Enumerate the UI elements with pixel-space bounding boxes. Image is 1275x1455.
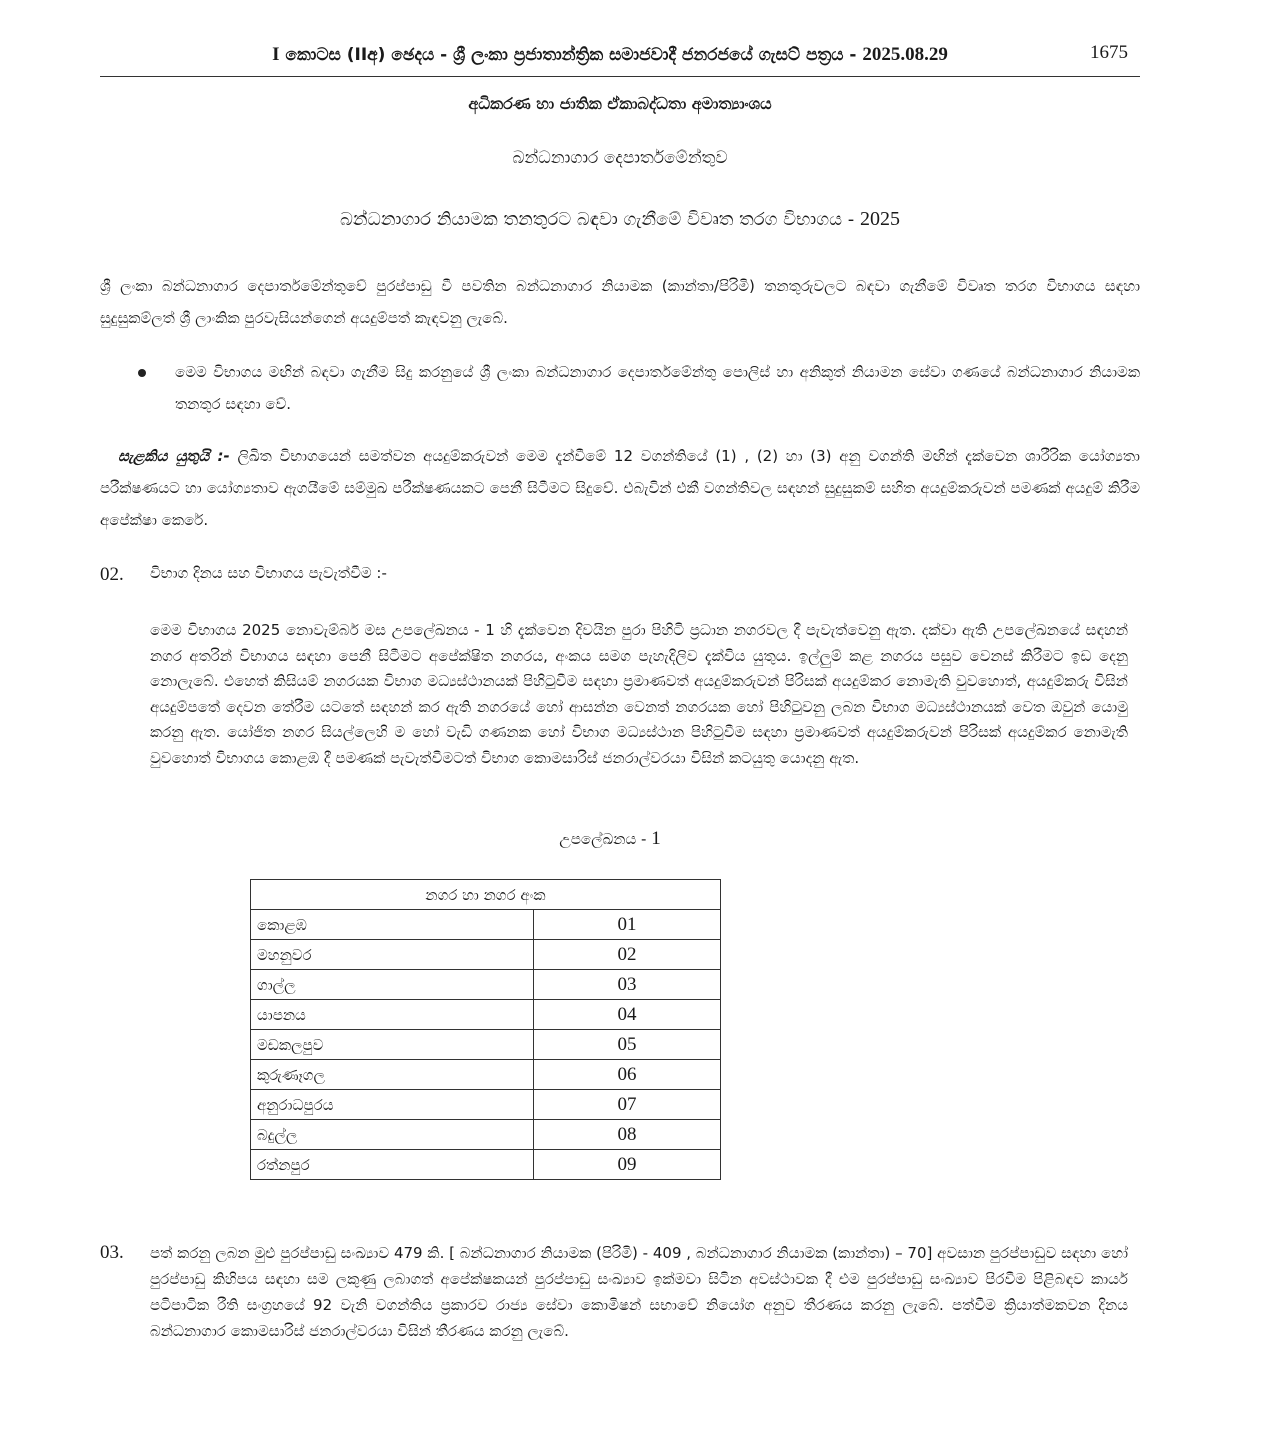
table-row: බදුල්ල08 <box>251 1120 721 1150</box>
city-name: යාපනය <box>251 1000 534 1030</box>
annex-title: උපලේඛනය - 1 <box>520 828 700 850</box>
city-name: ගාල්ල <box>251 970 534 1000</box>
note-label: සැළකිය යුතුයි :- <box>118 447 230 465</box>
annex-title-text: උපලේඛනය - <box>559 830 646 848</box>
table-row: කුරුණෑගල06 <box>251 1060 721 1090</box>
section-2-number: 02. <box>100 564 124 586</box>
city-name: බදුල්ල <box>251 1120 534 1150</box>
header-title-text: කොටස (IIඅ) ඡෙදය - ශ්‍රී ලංකා ප්‍රජාතාන්ත… <box>285 45 856 65</box>
city-name: මඩකලපුව <box>251 1030 534 1060</box>
table-header: නගර හා නගර අංක <box>251 880 721 910</box>
gazette-header-title: I කොටස (IIඅ) ඡෙදය - ශ්‍රී ලංකා ප්‍රජාතාන… <box>100 44 1140 66</box>
ministry-heading: අධිකරණ හා ජාතික ඒකාබද්ධතා අමාත්‍යාංශය <box>100 94 1140 114</box>
gazette-date: 2025.08.29 <box>862 44 948 65</box>
section-2-heading: විභාග දිනය සහ විභාගය පැවැත්වීම :- <box>150 564 387 582</box>
intro-paragraph: ශ්‍රී ලංකා බන්ධනාගාර දෙපාර්තමේන්තුවේ පුර… <box>100 270 1140 334</box>
city-name: කුරුණෑගල <box>251 1060 534 1090</box>
annex-number: 1 <box>651 828 661 849</box>
note-text: ලිඛිත විභාගයෙන් සමත්වන අයදුම්කරුවන් මෙම … <box>100 447 1140 529</box>
city-name: රත්නපුර <box>251 1150 534 1180</box>
table-row: අනුරාධපුරය07 <box>251 1090 721 1120</box>
table-row: කොළඹ01 <box>251 910 721 940</box>
city-code: 03 <box>534 970 721 1000</box>
city-code: 05 <box>534 1030 721 1060</box>
exam-title: බන්ධනාගාර නියාමක තනතුරට බඳවා ගැනීමේ විවෘ… <box>100 208 1140 231</box>
city-code: 06 <box>534 1060 721 1090</box>
exam-year: 2025 <box>860 208 900 230</box>
table-row: යාපනය04 <box>251 1000 721 1030</box>
gazette-header: I කොටස (IIඅ) ඡෙදය - ශ්‍රී ලංකා ප්‍රජාතාන… <box>100 40 1140 77</box>
city-code: 02 <box>534 940 721 970</box>
bullet-icon <box>138 369 146 377</box>
city-name: අනුරාධපුරය <box>251 1090 534 1120</box>
table-row: රත්නපුර09 <box>251 1150 721 1180</box>
city-code: 08 <box>534 1120 721 1150</box>
city-code: 04 <box>534 1000 721 1030</box>
page-number: 1675 <box>1090 42 1128 64</box>
city-code: 09 <box>534 1150 721 1180</box>
note-paragraph: සැළකිය යුතුයි :- ලිඛිත විභාගයෙන් සමත්වන … <box>100 440 1140 536</box>
city-code: 07 <box>534 1090 721 1120</box>
city-name: මහනුවර <box>251 940 534 970</box>
table-row: මඩකලපුව05 <box>251 1030 721 1060</box>
part-prefix: I <box>272 44 279 65</box>
table-row: ගාල්ල03 <box>251 970 721 1000</box>
exam-title-text: බන්ධනාගාර නියාමක තනතුරට බඳවා ගැනීමේ විවෘ… <box>340 209 854 230</box>
city-code-table: නගර හා නගර අංක කොළඹ01මහනුවර02ගාල්ල03යාපන… <box>250 879 721 1180</box>
city-code: 01 <box>534 910 721 940</box>
table-row: මහනුවර02 <box>251 940 721 970</box>
section-2-body: මෙම විභාගය 2025 නොවැම්බර් මස උපලේඛනය - 1… <box>150 618 1128 771</box>
bullet-paragraph: මෙම විභාගය මඟින් බඳවා ගැනීම සිදු කරනුයේ … <box>175 356 1140 420</box>
city-name: කොළඹ <box>251 910 534 940</box>
section-3-number: 03. <box>100 1242 124 1264</box>
department-heading: බන්ධනාගාර දෙපාර්තමේන්තුව <box>100 148 1140 168</box>
section-3-body: පත් කරනු ලබන මුළු පුරප්පාඩු සංඛ්‍යාව 479… <box>150 1240 1128 1344</box>
